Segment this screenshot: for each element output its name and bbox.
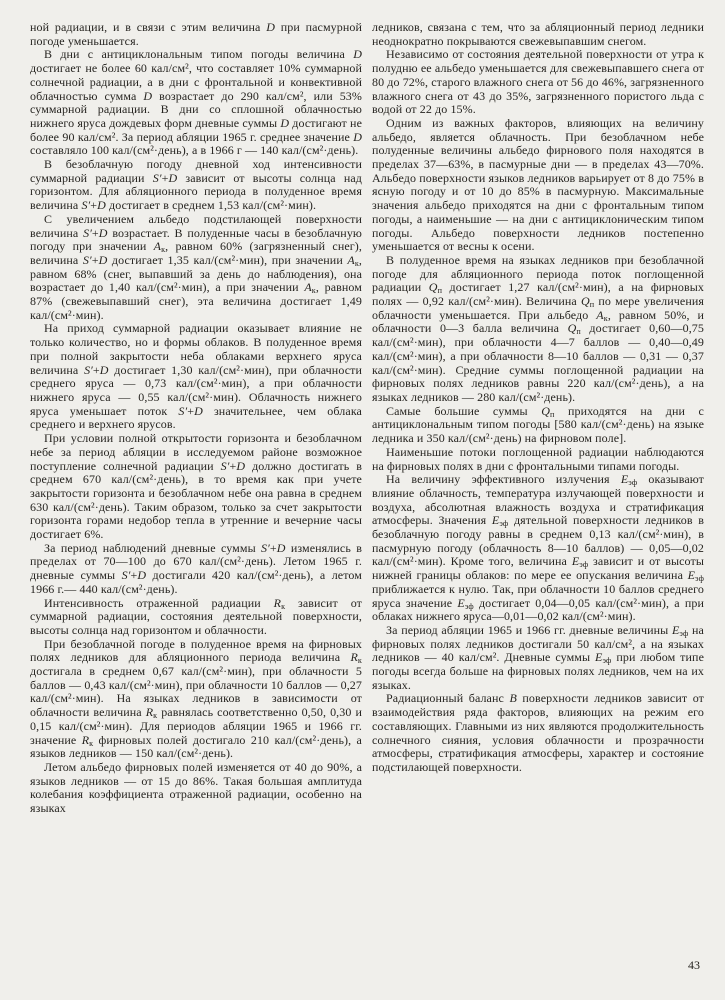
- paragraph: В полуденное время на языках ледников пр…: [372, 254, 704, 405]
- page-number: 43: [688, 958, 700, 973]
- paragraph: Самые большие суммы Qп приходятся на дни…: [372, 405, 704, 446]
- book-page: ной радиации, и в связи с этим величина …: [0, 0, 725, 1000]
- paragraph: Летом альбедо фирновых полей изменяется …: [30, 761, 362, 816]
- paragraph: При безоблачной погоде в полуденное врем…: [30, 638, 362, 761]
- paragraph: Радиационный баланс В поверхности ледник…: [372, 692, 704, 774]
- column-left: ной радиации, и в связи с этим величина …: [30, 21, 362, 961]
- paragraph: Интенсивность отраженной радиации Rк зав…: [30, 597, 362, 638]
- paragraph: Одним из важных факторов, влияющих на ве…: [372, 117, 704, 254]
- paragraph: В безоблачную погоду дневной ход интенси…: [30, 158, 362, 213]
- paragraph: В дни с антициклональным типом погоды ве…: [30, 48, 362, 158]
- paragraph: На величину эффективного излучения Еэф о…: [372, 473, 704, 624]
- paragraph: За период наблюдений дневные суммы S′+D …: [30, 542, 362, 597]
- paragraph: Независимо от состояния деятельной повер…: [372, 48, 704, 117]
- paragraph: ной радиации, и в связи с этим величина …: [30, 21, 362, 48]
- paragraph: ледников, связана с тем, что за абляцион…: [372, 21, 704, 48]
- paragraph: При условии полной открытости горизонта …: [30, 432, 362, 542]
- paragraph: С увеличением альбедо подстилающей повер…: [30, 213, 362, 323]
- paragraph: На приход суммарной радиации оказывает в…: [30, 322, 362, 432]
- paragraph: Наименьшие потоки поглощенной радиации н…: [372, 446, 704, 473]
- paragraph: За период абляции 1965 и 1966 гг. дневны…: [372, 624, 704, 693]
- column-right: ледников, связана с тем, что за абляцион…: [372, 21, 704, 961]
